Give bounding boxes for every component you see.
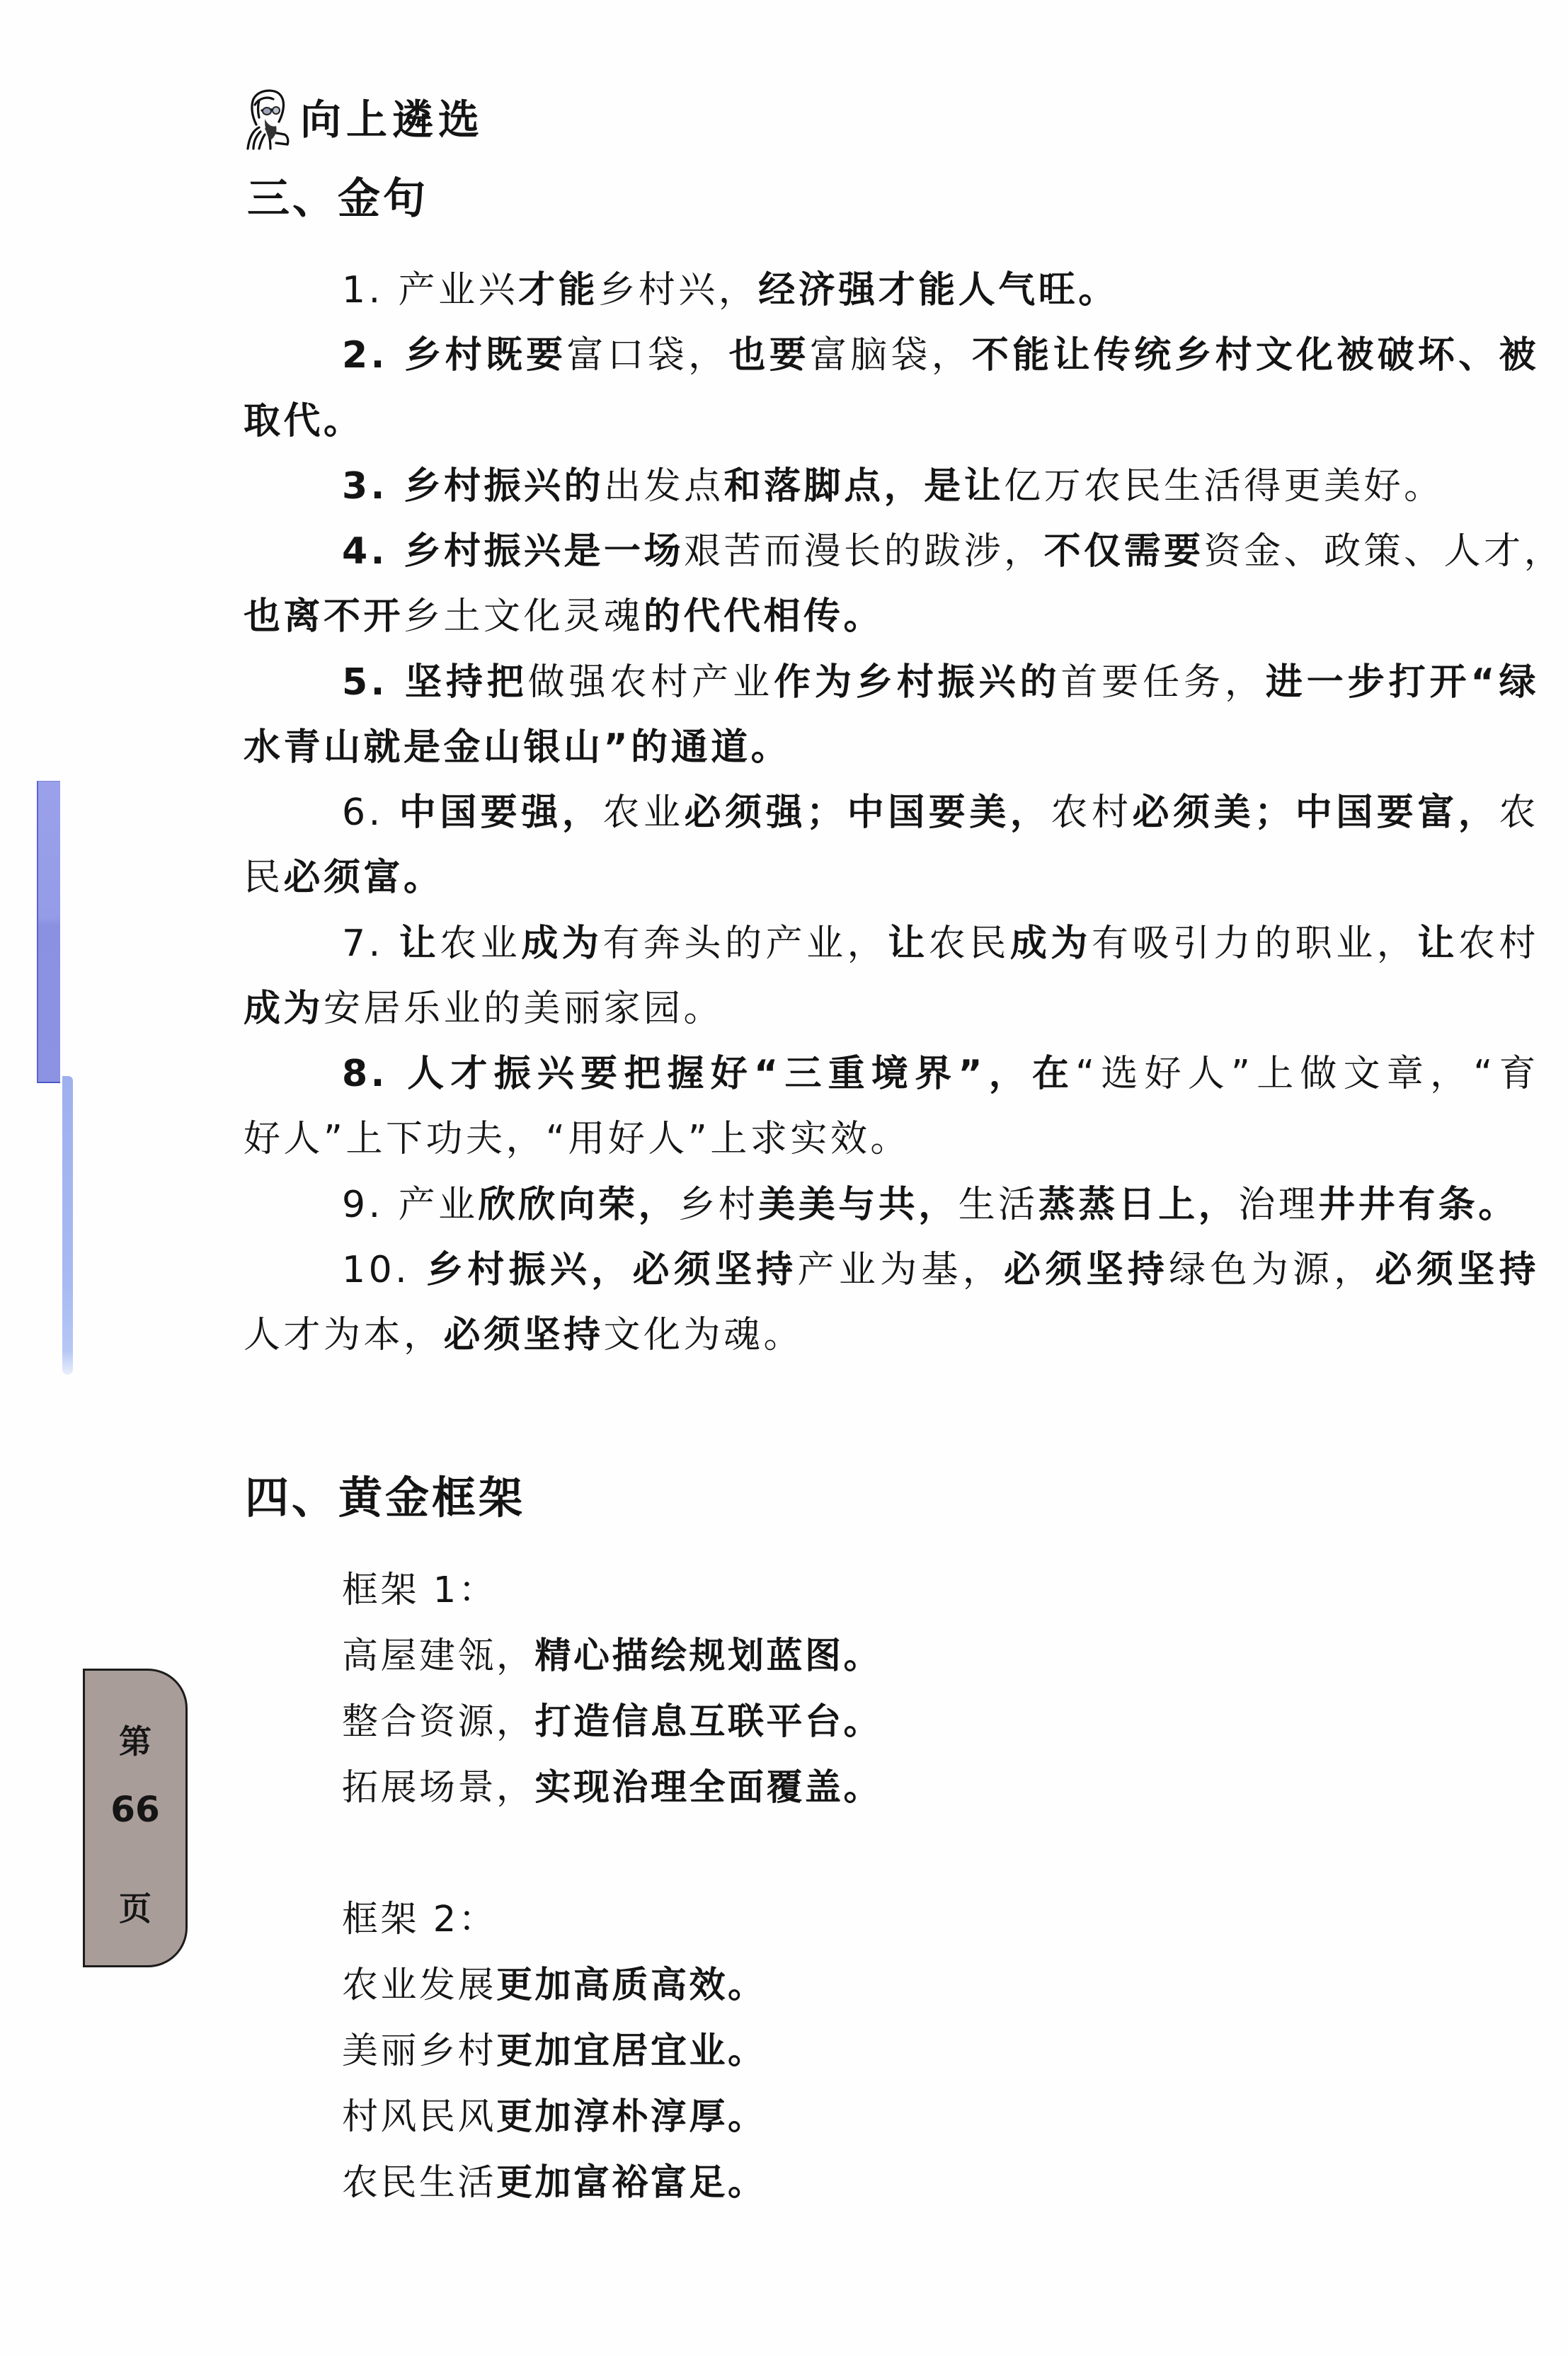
text-segment: 农村 xyxy=(1458,922,1539,965)
framework-block: 框架 1： 高屋建瓴，精心描绘规划蓝图。整合资源，打造信息互联平台。拓展场景，实… xyxy=(342,1557,1333,1821)
text-row: 村风民风更加淳朴淳厚。 xyxy=(342,2084,1333,2150)
text-segment: 更加淳朴淳厚。 xyxy=(496,2096,767,2138)
text-segment: 不仅需要 xyxy=(1044,530,1204,573)
text-segment: 8. xyxy=(342,1053,407,1095)
text-segment: 乡村振兴是一场 xyxy=(404,530,685,573)
text-segment: 蒸蒸日上， xyxy=(1038,1184,1239,1226)
text-row: 水青山就是金山银山”的通道。 xyxy=(244,715,1539,780)
quote-item: 3. 乡村振兴的出发点和落脚点，是让亿万农民生活得更美好。 xyxy=(244,454,1539,519)
header-title: 向上遴选 xyxy=(300,88,484,151)
text-row: 4. 乡村振兴是一场艰苦而漫长的跋涉，不仅需要资金、政策、人才， xyxy=(244,519,1539,584)
text-segment: 美丽乡村 xyxy=(342,2030,496,2072)
text-segment: 乡村兴， xyxy=(598,269,758,311)
text-segment: 文化为魂。 xyxy=(604,1314,804,1356)
text-segment: 乡村振兴，必须坚持 xyxy=(426,1249,798,1291)
text-segment: 的代代相传。 xyxy=(643,595,883,638)
text-segment: 整合资源， xyxy=(342,1701,535,1743)
text-row: 1. 产业兴才能乡村兴，经济强才能人气旺。 xyxy=(244,258,1539,323)
text-segment: 艰苦而漫长的跋涉， xyxy=(684,530,1044,573)
text-segment: 好人”上下功夫，“用好人”上求实效。 xyxy=(244,1118,910,1160)
text-segment: 让 xyxy=(888,922,929,965)
accent-bar-bottom xyxy=(62,1076,73,1375)
text-row: 好人”上下功夫，“用好人”上求实效。 xyxy=(244,1106,1539,1172)
framework-spacer xyxy=(342,1821,1333,1887)
text-segment: “选好人”上做文章，“育 xyxy=(1075,1053,1539,1095)
quote-item: 4. 乡村振兴是一场艰苦而漫长的跋涉，不仅需要资金、政策、人才，也离不开乡土文化… xyxy=(244,519,1539,650)
text-segment: 也离不开 xyxy=(244,595,404,638)
text-segment: 安居乐业的美丽家园。 xyxy=(324,988,723,1030)
framework-label: 框架 2： xyxy=(342,1887,1333,1952)
framework-label: 框架 1： xyxy=(342,1557,1333,1623)
text-segment: 首要任务， xyxy=(1060,661,1266,704)
text-segment: 成为 xyxy=(521,922,602,965)
text-segment: 人才为本， xyxy=(244,1314,444,1356)
text-segment: 3. xyxy=(342,465,404,508)
text-segment: 乡村既要 xyxy=(404,334,566,377)
text-segment: 人才振兴要把握好“三重境界”，在 xyxy=(407,1053,1075,1095)
text-segment: 6. xyxy=(342,791,399,834)
quote-list: 1. 产业兴才能乡村兴，经济强才能人气旺。 2. 乡村既要富口袋，也要富脑袋，不… xyxy=(244,258,1539,1368)
text-row: 也离不开乡土文化灵魂的代代相传。 xyxy=(244,584,1539,649)
page-tab-suffix: 页 xyxy=(85,1887,185,1930)
text-segment: 村风民风 xyxy=(342,2096,496,2138)
text-segment: 农 xyxy=(1499,791,1539,834)
text-segment: 资金、政策、人才， xyxy=(1204,530,1564,573)
text-row: 10. 乡村振兴，必须坚持产业为基，必须坚持绿色为源，必须坚持 xyxy=(244,1237,1539,1303)
section-title-quotes: 三、金句 xyxy=(247,171,428,227)
text-segment: 美美与共， xyxy=(758,1184,958,1226)
text-segment: 1. xyxy=(342,269,399,311)
text-segment: 更加富裕富足。 xyxy=(496,2162,767,2204)
text-segment: 水青山就是金山银山”的通道。 xyxy=(244,726,791,769)
quote-item: 9. 产业欣欣向荣，乡村美美与共，生活蒸蒸日上，治理井井有条。 xyxy=(244,1172,1539,1237)
text-segment: 作为乡村振兴的 xyxy=(774,661,1060,704)
text-row: 民必须富。 xyxy=(244,845,1539,910)
accent-bar-top xyxy=(37,781,60,1083)
text-row: 9. 产业欣欣向荣，乡村美美与共，生活蒸蒸日上，治理井井有条。 xyxy=(244,1172,1539,1237)
text-row: 整合资源，打造信息互联平台。 xyxy=(342,1689,1333,1755)
text-segment: 农业发展 xyxy=(342,1965,496,2006)
text-segment: 10. xyxy=(342,1249,426,1291)
framework-lines: 高屋建瓴，精心描绘规划蓝图。整合资源，打造信息互联平台。拓展场景，实现治理全面覆… xyxy=(342,1623,1333,1821)
text-segment: 农民生活 xyxy=(342,2162,496,2204)
text-segment: 必须坚持 xyxy=(1375,1249,1539,1291)
text-segment: 拓展场景， xyxy=(342,1767,535,1809)
thinking-person-icon xyxy=(245,88,292,151)
text-segment: 中国要强， xyxy=(399,791,603,834)
text-row: 3. 乡村振兴的出发点和落脚点，是让亿万农民生活得更美好。 xyxy=(244,454,1539,519)
text-row: 取代。 xyxy=(244,389,1539,454)
text-segment: 农村 xyxy=(1051,791,1132,834)
text-segment: 有奔头的产业， xyxy=(602,922,888,965)
text-segment: 打造信息互联平台。 xyxy=(535,1701,883,1743)
text-row: 5. 坚持把做强农村产业作为乡村振兴的首要任务，进一步打开“绿 xyxy=(244,650,1539,715)
text-segment: 亿万农民生活得更美好。 xyxy=(1004,465,1444,508)
text-row: 高屋建瓴，精心描绘规划蓝图。 xyxy=(342,1623,1333,1689)
text-segment: 5. xyxy=(342,661,405,704)
text-segment: 成为 xyxy=(1010,922,1092,965)
text-segment: 必须富。 xyxy=(284,857,444,899)
text-row: 2. 乡村既要富口袋，也要富脑袋，不能让传统乡村文化被破坏、被 xyxy=(244,323,1539,388)
text-row: 6. 中国要强，农业必须强；中国要美，农村必须美；中国要富，农 xyxy=(244,780,1539,845)
text-segment: 治理 xyxy=(1238,1184,1318,1226)
text-segment: 有吸引力的职业， xyxy=(1092,922,1417,965)
text-row: 人才为本，必须坚持文化为魂。 xyxy=(244,1303,1539,1368)
text-segment: 更加宜居宜业。 xyxy=(496,2030,767,2072)
page-number-tab: 第 66 页 xyxy=(83,1669,188,1967)
text-segment: 产业 xyxy=(399,1184,479,1226)
text-row: 7. 让农业成为有奔头的产业，让农民成为有吸引力的职业，让农村 xyxy=(244,911,1539,976)
text-segment: 2. xyxy=(342,334,404,377)
quote-item: 8. 人才振兴要把握好“三重境界”，在“选好人”上做文章，“育好人”上下功夫，“… xyxy=(244,1041,1539,1172)
framework-block: 框架 2： 农业发展更加高质高效。美丽乡村更加宜居宜业。村风民风更加淳朴淳厚。农… xyxy=(342,1887,1333,2216)
text-segment: 也要 xyxy=(728,334,810,377)
text-segment: 农业 xyxy=(602,791,684,834)
framework-lines: 农业发展更加高质高效。美丽乡村更加宜居宜业。村风民风更加淳朴淳厚。农民生活更加富… xyxy=(342,1952,1333,2216)
quote-item: 10. 乡村振兴，必须坚持产业为基，必须坚持绿色为源，必须坚持人才为本，必须坚持… xyxy=(244,1237,1539,1368)
text-row: 拓展场景，实现治理全面覆盖。 xyxy=(342,1755,1333,1821)
text-segment: 必须坚持 xyxy=(444,1314,604,1356)
text-segment: 4. xyxy=(342,530,404,573)
text-segment: 取代。 xyxy=(244,400,364,442)
text-row: 农民生活更加富裕富足。 xyxy=(342,2150,1333,2216)
text-segment: 实现治理全面覆盖。 xyxy=(535,1767,883,1809)
text-segment: 乡村振兴的 xyxy=(404,465,605,508)
text-segment: 富口袋， xyxy=(566,334,728,377)
text-segment: 乡村 xyxy=(678,1184,758,1226)
text-segment: 和落脚点，是让 xyxy=(724,465,1005,508)
text-row: 农业发展更加高质高效。 xyxy=(342,1952,1333,2018)
page-tab-number: 66 xyxy=(85,1788,185,1831)
quote-item: 5. 坚持把做强农村产业作为乡村振兴的首要任务，进一步打开“绿水青山就是金山银山… xyxy=(244,650,1539,781)
text-segment: 乡土文化灵魂 xyxy=(404,595,643,638)
text-row: 成为安居乐业的美丽家园。 xyxy=(244,976,1539,1041)
quote-item: 7. 让农业成为有奔头的产业，让农民成为有吸引力的职业，让农村成为安居乐业的美丽… xyxy=(244,911,1539,1042)
text-segment: 产业为基， xyxy=(798,1249,1004,1291)
text-segment: 井井有条。 xyxy=(1318,1184,1518,1226)
quote-item: 6. 中国要强，农业必须强；中国要美，农村必须美；中国要富，农民必须富。 xyxy=(244,780,1539,911)
text-row: 8. 人才振兴要把握好“三重境界”，在“选好人”上做文章，“育 xyxy=(244,1041,1539,1106)
text-segment: 必须强；中国要美， xyxy=(685,791,1051,834)
text-segment: 必须美；中国要富， xyxy=(1133,791,1499,834)
text-row: 美丽乡村更加宜居宜业。 xyxy=(342,2018,1333,2084)
text-segment: 进一步打开“绿 xyxy=(1266,661,1539,704)
quote-item: 1. 产业兴才能乡村兴，经济强才能人气旺。 xyxy=(244,258,1539,323)
text-segment: 更加高质高效。 xyxy=(496,1965,767,2006)
text-segment: 民 xyxy=(244,857,284,899)
text-segment: 产业兴 xyxy=(399,269,519,311)
page-header: 向上遴选 xyxy=(245,88,484,151)
text-segment: 必须坚持 xyxy=(1004,1249,1169,1291)
text-segment: 农民 xyxy=(929,922,1010,965)
text-segment: 富脑袋， xyxy=(810,334,972,377)
text-segment: 让 xyxy=(399,922,440,965)
section-title-frameworks: 四、黄金框架 xyxy=(245,1470,525,1526)
text-segment: 9. xyxy=(342,1184,399,1226)
text-segment: 不能让传统乡村文化被破坏、被 xyxy=(972,334,1539,377)
text-segment: 绿色为源， xyxy=(1169,1249,1375,1291)
quote-item: 2. 乡村既要富口袋，也要富脑袋，不能让传统乡村文化被破坏、被取代。 xyxy=(244,323,1539,454)
text-segment: 农业 xyxy=(440,922,521,965)
text-segment: 才能 xyxy=(518,269,598,311)
text-segment: 让 xyxy=(1417,922,1458,965)
text-segment: 7. xyxy=(342,922,399,965)
text-segment: 精心描绘规划蓝图。 xyxy=(535,1635,883,1677)
framework-list: 框架 1： 高屋建瓴，精心描绘规划蓝图。整合资源，打造信息互联平台。拓展场景，实… xyxy=(342,1557,1333,2216)
text-segment: 坚持把 xyxy=(405,661,528,704)
text-segment: 出发点 xyxy=(604,465,724,508)
text-segment: 高屋建瓴， xyxy=(342,1635,535,1677)
text-segment: 欣欣向荣， xyxy=(479,1184,679,1226)
text-segment: 做强农村产业 xyxy=(528,661,774,704)
text-segment: 成为 xyxy=(244,988,324,1030)
text-segment: 经济强才能人气旺。 xyxy=(758,269,1118,311)
page-tab-prefix: 第 xyxy=(85,1720,185,1763)
text-segment: 生活 xyxy=(958,1184,1038,1226)
